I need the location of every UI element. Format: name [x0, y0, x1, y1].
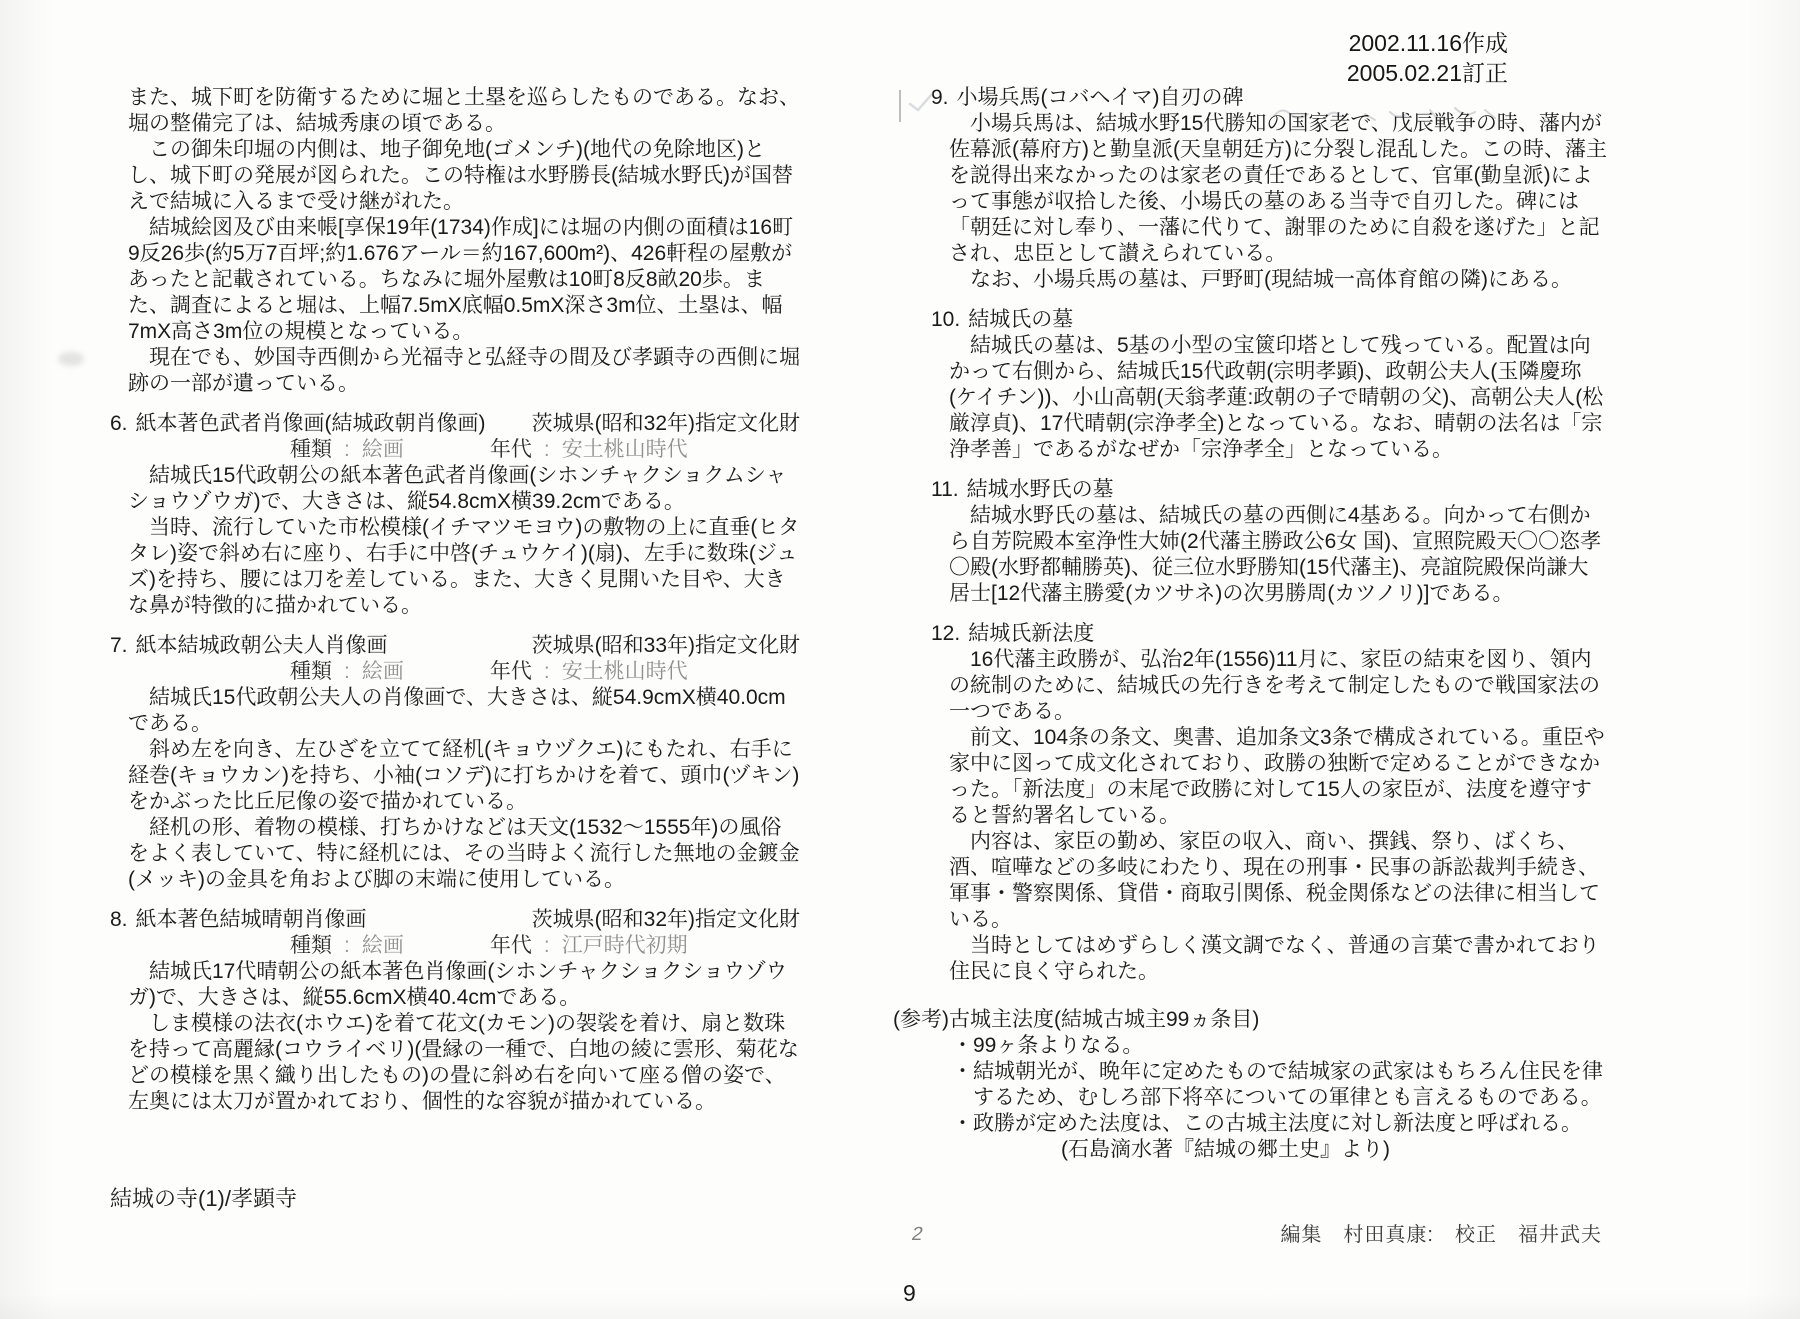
stray-page-mark: 2	[909, 1222, 925, 1248]
paragraph: しま模様の法衣(ホウエ)を着て花文(カモン)の袈裟を着け、扇と数珠を持って高麗縁…	[110, 1011, 800, 1115]
section-10: 10. 結城氏の墓 結城氏の墓は、5基の小型の宝篋印塔として残っている。配置は向…	[893, 307, 1608, 463]
paragraph: 小場兵馬は、結城水野15代勝知の国家老で、戊辰戦争の時、藩内が佐幕派(幕府方)と…	[931, 111, 1608, 267]
section-meta: 種類:絵画年代:江戸時代初期	[110, 933, 800, 959]
section-title: 結城水野氏の墓	[967, 477, 1114, 503]
section-title: 紙本著色武者肖像画(結城政朝肖像画)	[136, 411, 486, 437]
scanned-document-page: 2002.11.16作成 2005.02.21訂正 また、城下町を防衛するために…	[0, 0, 1800, 1319]
reference-source: (石島滴水著『結城の郷土史』より)	[893, 1137, 1608, 1163]
type-value: 絵画	[362, 934, 404, 957]
type-value: 絵画	[362, 438, 404, 461]
intro-block: また、城下町を防衛するために堀と土塁を巡らしたものである。なお、堀の整備完了は、…	[110, 85, 800, 397]
created-date: 2002.11.16作成	[1347, 28, 1508, 58]
section-title: 紙本結城政朝公夫人肖像画	[136, 633, 388, 659]
section-heading: 6. 紙本著色武者肖像画(結城政朝肖像画) 茨城県(昭和32年)指定文化財	[110, 411, 800, 437]
era-label: 年代	[490, 934, 532, 957]
section-number: 12.	[931, 621, 960, 647]
scan-edge-smudge	[58, 352, 84, 366]
separator: :	[344, 438, 350, 461]
right-column: 9. 小場兵馬(コバヘイマ)自刃の碑 小場兵馬は、結城水野15代勝知の国家老で、…	[893, 85, 1608, 1163]
section-heading: 12. 結城氏新法度	[931, 621, 1608, 647]
section-heading: 10. 結城氏の墓	[931, 307, 1608, 333]
section-7: 7. 紙本結城政朝公夫人肖像画 茨城県(昭和33年)指定文化財 種類:絵画年代:…	[110, 633, 800, 893]
type-value: 絵画	[362, 660, 404, 683]
era-value: 江戸時代初期	[562, 934, 688, 957]
section-title: 結城氏新法度	[968, 621, 1094, 647]
section-designation: 茨城県(昭和32年)指定文化財	[532, 411, 800, 437]
type-label: 種類	[290, 934, 332, 957]
reference-heading: (参考)古城主法度(結城古城主99ヵ条目)	[893, 1007, 1608, 1033]
section-number: 10.	[931, 307, 960, 333]
paragraph: 斜め左を向き、左ひざを立てて経机(キョウヅクエ)にもたれ、右手に経巻(キョウカン…	[110, 737, 800, 815]
separator: :	[344, 660, 350, 683]
section-number: 11.	[931, 477, 959, 503]
paragraph: 経机の形、着物の模様、打ちかけなどは天文(1532～1555年)の風俗をよく表し…	[110, 815, 800, 893]
paragraph: 内容は、家臣の勤め、家臣の収入、商い、撰銭、祭り、ばくち、酒、喧嘩などの多岐にわ…	[931, 829, 1608, 933]
footer-credits: 編集 村田真康: 校正 福井武夫	[1280, 1222, 1602, 1248]
footer-document-title: 結城の寺(1)/孝顕寺	[110, 1186, 297, 1212]
section-heading: 8. 紙本著色結城晴朝肖像画 茨城県(昭和32年)指定文化財	[110, 907, 800, 933]
section-number: 6.	[110, 411, 128, 437]
paragraph: 結城氏17代晴朝公の紙本著色肖像画(シホンチャクショクショウゾウガ)で、大きさは…	[110, 959, 800, 1011]
era-label: 年代	[490, 660, 532, 683]
paragraph: 当時、流行していた市松模様(イチマツモヨウ)の敷物の上に直垂(ヒタタレ)姿で斜め…	[110, 515, 800, 619]
paragraph: この御朱印堀の内側は、地子御免地(ゴメンチ)(地代の免除地区)とし、城下町の発展…	[110, 137, 800, 215]
reference-bullet: ・政勝が定めた法度は、この古城主法度に対し新法度と呼ばれる。	[893, 1111, 1608, 1137]
section-heading: 7. 紙本結城政朝公夫人肖像画 茨城県(昭和33年)指定文化財	[110, 633, 800, 659]
section-number: 8.	[110, 907, 128, 933]
left-column: また、城下町を防衛するために堀と土塁を巡らしたものである。なお、堀の整備完了は、…	[110, 85, 800, 1115]
era-value: 安土桃山時代	[562, 660, 688, 683]
type-label: 種類	[290, 438, 332, 461]
separator: :	[344, 934, 350, 957]
section-12: 12. 結城氏新法度 16代藩主政勝が、弘治2年(1556)11月に、家臣の結束…	[893, 621, 1608, 985]
page-number: 9	[903, 1280, 916, 1306]
section-title: 結城氏の墓	[968, 307, 1073, 333]
paragraph: 結城絵図及び由来帳[享保19年(1734)作成]には堀の内側の面積は16町9反2…	[110, 215, 800, 345]
paragraph: 結城氏の墓は、5基の小型の宝篋印塔として残っている。配置は向かって右側から、結城…	[931, 333, 1608, 463]
paragraph: 結城氏15代政朝公夫人の肖像画で、大きさは、縦54.9cmX横40.0cmである…	[110, 685, 800, 737]
paragraph: 当時としてはめずらしく漢文調でなく、普通の言葉で書かれており住民に良く守られた。	[931, 933, 1608, 985]
type-label: 種類	[290, 660, 332, 683]
separator: :	[544, 438, 550, 461]
date-block: 2002.11.16作成 2005.02.21訂正	[1347, 28, 1508, 88]
section-meta: 種類:絵画年代:安土桃山時代	[110, 659, 800, 685]
reference-bullet: ・99ヶ条よりなる。	[893, 1033, 1608, 1059]
section-number: 7.	[110, 633, 128, 659]
section-9: 9. 小場兵馬(コバヘイマ)自刃の碑 小場兵馬は、結城水野15代勝知の国家老で、…	[893, 85, 1608, 293]
section-designation: 茨城県(昭和32年)指定文化財	[532, 907, 800, 933]
reference-block: (参考)古城主法度(結城古城主99ヵ条目) ・99ヶ条よりなる。 ・結城朝光が、…	[893, 1007, 1608, 1163]
paragraph: なお、小場兵馬の墓は、戸野町(現結城一高体育館の隣)にある。	[931, 267, 1608, 293]
paragraph: また、城下町を防衛するために堀と土塁を巡らしたものである。なお、堀の整備完了は、…	[110, 85, 800, 137]
era-value: 安土桃山時代	[562, 438, 688, 461]
scan-margin-tick	[899, 90, 901, 122]
section-6: 6. 紙本著色武者肖像画(結城政朝肖像画) 茨城県(昭和32年)指定文化財 種類…	[110, 411, 800, 619]
paragraph: 現在でも、妙国寺西側から光福寺と弘経寺の間及び孝顕寺の西側に堀跡の一部が遺ってい…	[110, 345, 800, 397]
paragraph: 16代藩主政勝が、弘治2年(1556)11月に、家臣の結束を図り、領内の統制のた…	[931, 647, 1608, 725]
section-title: 紙本著色結城晴朝肖像画	[136, 907, 367, 933]
separator: :	[544, 934, 550, 957]
section-meta: 種類:絵画年代:安土桃山時代	[110, 437, 800, 463]
pencil-check-mark	[908, 92, 934, 112]
revised-date: 2005.02.21訂正	[1347, 58, 1508, 88]
separator: :	[544, 660, 550, 683]
section-title: 小場兵馬(コバヘイマ)自刃の碑	[957, 85, 1244, 111]
section-heading: 9. 小場兵馬(コバヘイマ)自刃の碑	[931, 85, 1608, 111]
paragraph: 結城氏15代政朝公の紙本著色武者肖像画(シホンチャクショクムシャショウゾウガ)で…	[110, 463, 800, 515]
section-heading: 11. 結城水野氏の墓	[931, 477, 1608, 503]
section-11: 11. 結城水野氏の墓 結城水野氏の墓は、結城氏の墓の西側に4基ある。向かって右…	[893, 477, 1608, 607]
paragraph: 結城水野氏の墓は、結城氏の墓の西側に4基ある。向かって右側から自芳院殿本室浄性大…	[931, 503, 1608, 607]
section-designation: 茨城県(昭和33年)指定文化財	[532, 633, 800, 659]
reference-bullet: ・結城朝光が、晩年に定めたもので結城家の武家はもちろん住民を律するため、むしろ部…	[893, 1059, 1608, 1111]
era-label: 年代	[490, 438, 532, 461]
paragraph: 前文、104条の条文、奥書、追加条文3条で構成されている。重臣や家中に図って成文…	[931, 725, 1608, 829]
section-8: 8. 紙本著色結城晴朝肖像画 茨城県(昭和32年)指定文化財 種類:絵画年代:江…	[110, 907, 800, 1115]
